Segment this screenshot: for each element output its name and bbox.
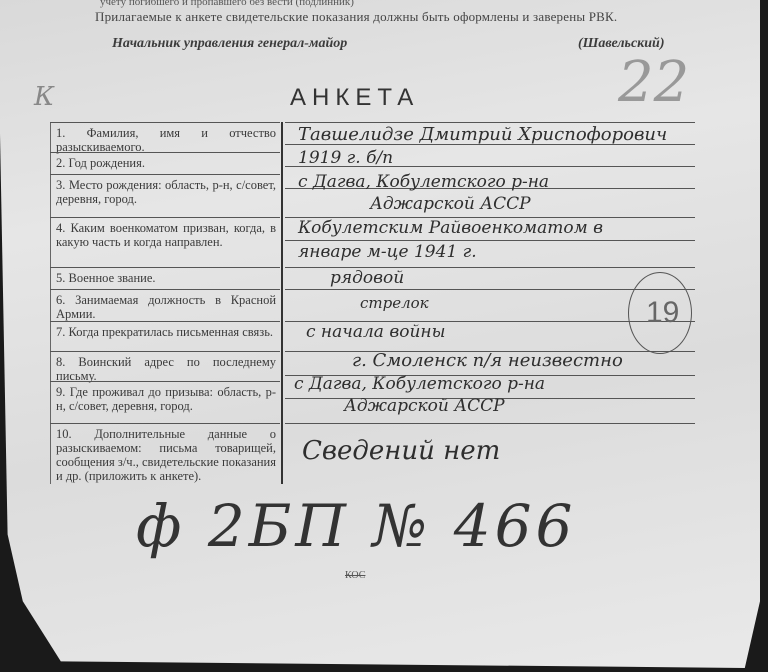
answer-8: г. Смоленск п/я неизвестно: [352, 350, 623, 371]
questionnaire-sheet: учету погибшего и пропавшего без вести (…: [0, 0, 760, 668]
question-row-6: 6. Занимаемая должность в Красной Армии.: [50, 289, 280, 321]
answer-9-line-1: с Дагва, Кобулетского р-на: [294, 374, 545, 394]
cut-off-header-line: учету погибшего и пропавшего без вести (…: [100, 0, 354, 8]
question-row-9: 9. Где проживал до призыва: область, р-н…: [50, 381, 280, 423]
answer-10: Сведений нет: [302, 436, 500, 466]
chief-title: Начальник управления генерал-майор: [112, 36, 347, 52]
question-row-1: 1. Фамилия, имя и отчество разыскиваемог…: [50, 122, 280, 152]
answer-3-line-2: Аджарской АССР: [370, 194, 531, 214]
question-row-4: 4. Каким военкоматом призван, когда, в к…: [50, 217, 280, 267]
answer-4-line-2: январе м-це 1941 г.: [298, 242, 477, 262]
corner-mark: К: [34, 82, 54, 112]
signature-scribble: 22: [618, 50, 689, 115]
question-row-10: 10. Дополнительные данные о разыскиваемо…: [50, 423, 280, 484]
answer-4-line-1: Кобулетским Райвоенкоматом в: [298, 218, 603, 238]
answer-7: с начала войны: [306, 322, 445, 342]
archive-reference: ф 2БП № 466: [136, 492, 576, 560]
question-row-2: 2. Год рождения.: [50, 152, 280, 174]
question-row-7: 7. Когда прекратилась письменная связь.: [50, 321, 280, 351]
answer-5: рядовой: [330, 268, 404, 288]
answer-1: Тавшелидзе Дмитрий Хриспофорович: [298, 124, 667, 145]
koc-mark: КОС: [345, 570, 365, 581]
answer-9-line-2: Аджарской АССР: [344, 396, 505, 416]
notice-text: Прилагаемые к анкете свидетельские показ…: [95, 9, 617, 25]
question-row-8: 8. Воинский адрес по последнему письму.: [50, 351, 280, 381]
answer-3-line-1: с Дагва, Кобулетского р-на: [298, 172, 549, 192]
answer-6: стрелок: [360, 294, 429, 312]
answer-2: 1919 г. б/п: [298, 148, 393, 168]
question-row-5: 5. Военное звание.: [50, 267, 280, 289]
form-title: АНКЕТА: [290, 84, 419, 112]
question-row-3: 3. Место рождения: область, р-н, с/совет…: [50, 174, 280, 217]
stamp-number: 19: [646, 296, 679, 330]
